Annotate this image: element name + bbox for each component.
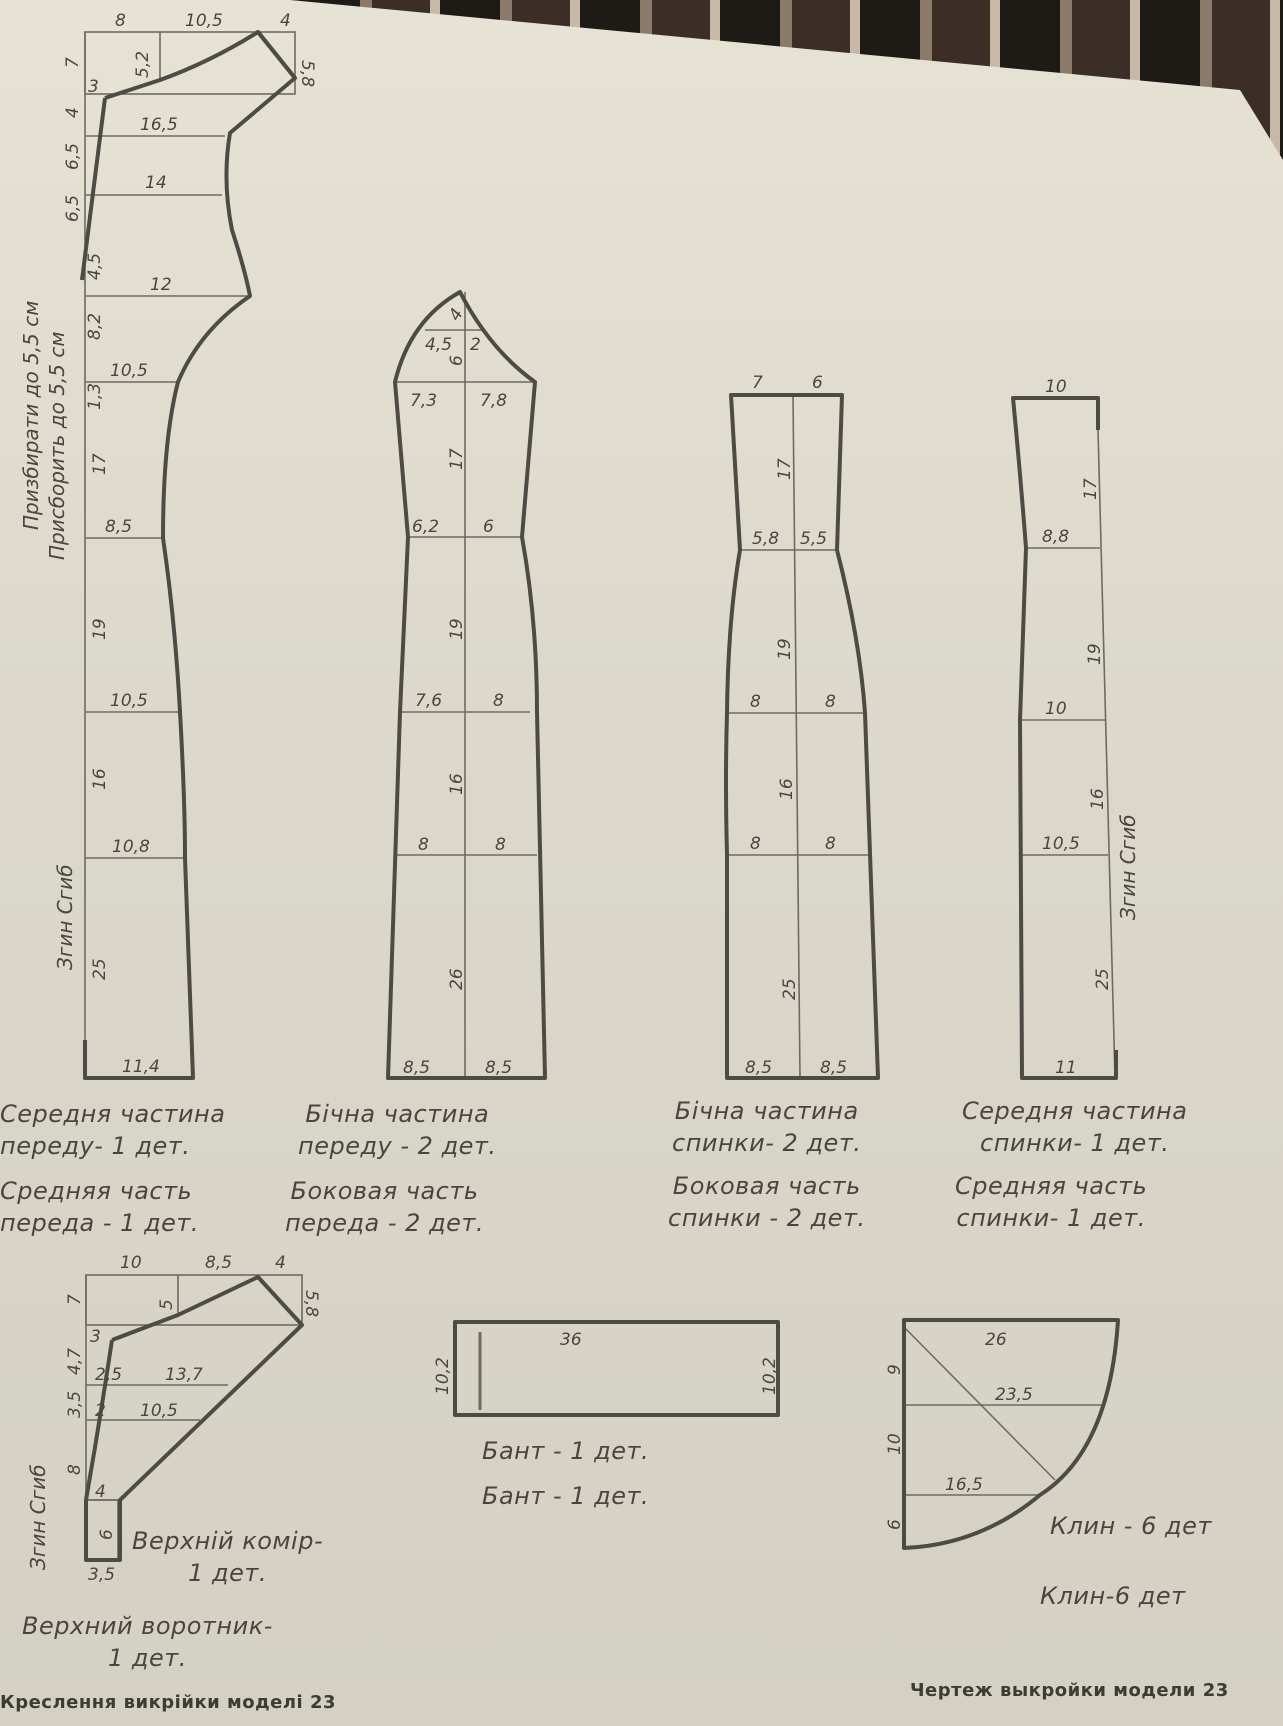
- caption-collar-ru: Верхний воротник- 1 дет.: [22, 1610, 273, 1674]
- svg-text:10: 10: [1045, 377, 1067, 397]
- caption-collar-uk: Верхній комір- 1 дет.: [132, 1525, 323, 1589]
- front-side-dimensions: 4,5 4 2 6 7,3 7,8 6,2 6 7,6 8 8 8 8,5 8,…: [403, 305, 512, 1078]
- svg-text:16: 16: [90, 768, 110, 790]
- svg-text:Призбирати до 5,5 см: Призбирати до 5,5 см: [19, 301, 43, 530]
- svg-text:Згин Сгиб: Згин Сгиб: [26, 1464, 50, 1570]
- svg-text:Згин Сгиб: Згин Сгиб: [53, 864, 77, 970]
- svg-text:6: 6: [812, 373, 823, 393]
- svg-text:16,5: 16,5: [140, 115, 178, 135]
- svg-text:8,5: 8,5: [205, 1253, 232, 1273]
- svg-text:12: 12: [150, 275, 172, 295]
- front-middle-dimensions: 8 10,5 4 5,8 5,2 3 16,5 14 12 10,5 8,5 1…: [19, 11, 317, 1077]
- svg-text:19: 19: [1085, 643, 1105, 665]
- svg-text:4: 4: [95, 1482, 106, 1502]
- svg-text:4,7: 4,7: [65, 1348, 85, 1375]
- pattern-drawing: 8 10,5 4 5,8 5,2 3 16,5 14 12 10,5 8,5 1…: [0, 0, 1283, 1726]
- caption-front-middle-ru: Средняя часть переда - 1 дет.: [0, 1175, 199, 1239]
- svg-text:8,5: 8,5: [403, 1058, 430, 1078]
- svg-text:6,2: 6,2: [412, 517, 439, 537]
- svg-text:26: 26: [447, 968, 467, 990]
- svg-text:8,5: 8,5: [105, 517, 132, 537]
- svg-text:11: 11: [1055, 1058, 1077, 1078]
- svg-text:10: 10: [885, 1433, 905, 1455]
- svg-text:13,7: 13,7: [165, 1365, 203, 1385]
- piece-back-side: [726, 395, 878, 1078]
- footer-title-ru: Чертеж выкройки модели 23: [910, 1680, 1229, 1701]
- svg-text:14: 14: [145, 173, 167, 193]
- caption-front-side-ru: Боковая часть переда - 2 дет.: [285, 1175, 484, 1239]
- svg-text:1,3: 1,3: [85, 383, 105, 410]
- svg-text:6: 6: [447, 355, 467, 366]
- footer-title-uk: Креслення викрійки моделі 23: [0, 1692, 336, 1713]
- svg-text:16: 16: [1088, 788, 1108, 810]
- caption-front-middle-uk: Середня частина переду- 1 дет.: [0, 1098, 225, 1162]
- svg-text:10,8: 10,8: [112, 837, 150, 857]
- svg-text:11,4: 11,4: [122, 1057, 160, 1077]
- svg-text:6: 6: [97, 1529, 117, 1540]
- svg-text:25: 25: [780, 978, 800, 1000]
- svg-text:8,5: 8,5: [485, 1058, 512, 1078]
- svg-text:23,5: 23,5: [995, 1385, 1033, 1405]
- svg-text:19: 19: [447, 618, 467, 640]
- svg-text:9: 9: [885, 1364, 905, 1375]
- svg-text:5,2: 5,2: [133, 51, 153, 78]
- svg-text:5: 5: [157, 1299, 177, 1310]
- caption-back-middle-ru: Средняя часть спинки- 1 дет.: [955, 1170, 1147, 1234]
- svg-text:4: 4: [275, 1253, 286, 1273]
- caption-back-side-uk: Бічна частина спинки- 2 дет.: [672, 1095, 861, 1159]
- svg-text:17: 17: [447, 448, 467, 470]
- svg-text:10,5: 10,5: [110, 691, 148, 711]
- svg-text:7,6: 7,6: [415, 691, 442, 711]
- svg-text:8,8: 8,8: [1042, 527, 1069, 547]
- svg-text:2: 2: [470, 335, 481, 355]
- caption-back-middle-uk: Середня частина спинки- 1 дет.: [962, 1095, 1187, 1159]
- caption-front-side-uk: Бічна частина переду - 2 дет.: [298, 1098, 497, 1162]
- svg-text:8,2: 8,2: [85, 313, 105, 340]
- svg-text:16,5: 16,5: [945, 1475, 983, 1495]
- svg-text:5,8: 5,8: [752, 529, 779, 549]
- svg-text:2: 2: [95, 1401, 106, 1421]
- svg-text:Присборить до 5,5 см: Присборить до 5,5 см: [45, 332, 69, 560]
- svg-text:4,5: 4,5: [85, 253, 105, 280]
- bow-dimensions: 36 10,2 10,2: [433, 1330, 780, 1395]
- caption-bow-uk: Бант - 1 дет.: [482, 1435, 649, 1467]
- caption-back-side-ru: Боковая часть спинки - 2 дет.: [668, 1170, 866, 1234]
- svg-text:4: 4: [280, 11, 291, 31]
- svg-text:10,2: 10,2: [433, 1357, 453, 1395]
- svg-text:19: 19: [90, 618, 110, 640]
- svg-text:10,5: 10,5: [1042, 834, 1080, 854]
- piece-bow: [455, 1322, 778, 1415]
- back-middle-dimensions: 10 8,8 10 10,5 11 17 19 16 25 Згин Сгиб: [1042, 377, 1140, 1078]
- svg-text:17: 17: [775, 458, 795, 480]
- svg-text:6,5: 6,5: [63, 195, 83, 222]
- svg-text:8: 8: [115, 11, 126, 31]
- svg-text:7: 7: [752, 373, 763, 393]
- svg-text:5,8: 5,8: [301, 1290, 321, 1317]
- svg-text:16: 16: [447, 773, 467, 795]
- svg-text:4,5: 4,5: [425, 335, 452, 355]
- svg-text:10: 10: [120, 1253, 142, 1273]
- svg-text:26: 26: [985, 1330, 1007, 1350]
- svg-text:6: 6: [885, 1519, 905, 1530]
- svg-text:10,2: 10,2: [760, 1357, 780, 1395]
- svg-text:7: 7: [65, 1294, 85, 1305]
- svg-text:3: 3: [88, 77, 99, 97]
- svg-text:8: 8: [493, 691, 504, 711]
- svg-text:8: 8: [750, 692, 761, 712]
- svg-text:6: 6: [483, 517, 494, 537]
- svg-text:8: 8: [825, 692, 836, 712]
- caption-bow-ru: Бант - 1 дет.: [482, 1480, 649, 1512]
- svg-text:8,5: 8,5: [820, 1058, 847, 1078]
- svg-text:2,5: 2,5: [95, 1365, 122, 1385]
- svg-text:7,3: 7,3: [410, 391, 437, 411]
- svg-text:19: 19: [775, 638, 795, 660]
- caption-gusset-ru: Клин-6 дет: [1040, 1580, 1186, 1612]
- svg-text:8: 8: [65, 1464, 85, 1475]
- svg-text:10: 10: [1045, 699, 1067, 719]
- svg-text:4: 4: [63, 107, 83, 118]
- svg-text:8: 8: [825, 834, 836, 854]
- svg-text:8,5: 8,5: [745, 1058, 772, 1078]
- svg-text:8: 8: [495, 835, 506, 855]
- gusset-dimensions: 26 23,5 16,5 9 10 6: [885, 1330, 1033, 1530]
- svg-text:10,5: 10,5: [110, 361, 148, 381]
- caption-gusset-uk: Клин - 6 дет: [1050, 1510, 1212, 1542]
- svg-text:17: 17: [1081, 478, 1101, 500]
- svg-text:3,5: 3,5: [88, 1565, 115, 1585]
- svg-text:16: 16: [777, 778, 797, 800]
- svg-text:Згин Сгиб: Згин Сгиб: [1116, 814, 1140, 920]
- svg-text:17: 17: [90, 453, 110, 475]
- piece-collar: [86, 1275, 302, 1560]
- svg-text:10,5: 10,5: [140, 1401, 178, 1421]
- svg-text:25: 25: [90, 958, 110, 980]
- svg-text:5,5: 5,5: [800, 529, 827, 549]
- svg-text:7: 7: [63, 57, 83, 68]
- svg-text:8: 8: [418, 835, 429, 855]
- svg-text:3,5: 3,5: [65, 1391, 85, 1418]
- svg-text:8: 8: [750, 834, 761, 854]
- piece-front-middle: [82, 32, 295, 1078]
- svg-text:6,5: 6,5: [63, 143, 83, 170]
- svg-text:25: 25: [1093, 968, 1113, 990]
- svg-text:36: 36: [560, 1330, 582, 1350]
- svg-text:10,5: 10,5: [185, 11, 223, 31]
- svg-text:7,8: 7,8: [480, 391, 507, 411]
- svg-text:5,8: 5,8: [297, 60, 317, 87]
- svg-text:3: 3: [90, 1327, 101, 1347]
